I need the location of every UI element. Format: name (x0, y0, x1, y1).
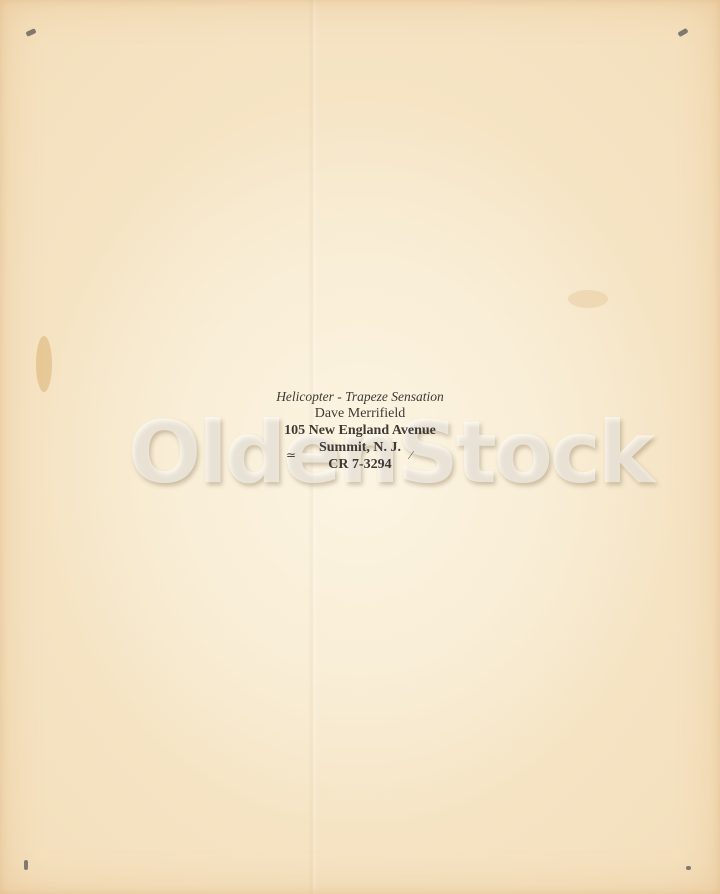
stamp-phone: CR 7-3294 (230, 456, 490, 473)
ink-flourish-left: ≃ (286, 448, 296, 463)
tack-mark-bottom-left (24, 860, 28, 870)
photo-back: OldenStock Helicopter - Trapeze Sensatio… (0, 0, 720, 894)
tack-mark-bottom-right (686, 866, 691, 870)
stamp-act-title: Helicopter - Trapeze Sensation (230, 388, 490, 405)
tack-mark-top-left (25, 28, 36, 37)
contact-stamp: Helicopter - Trapeze Sensation Dave Merr… (230, 388, 490, 473)
stamp-street-address: 105 New England Avenue (230, 422, 490, 439)
ink-flourish-right: ∕ (410, 448, 412, 463)
tack-mark-top-right (677, 28, 688, 37)
stain-right (568, 290, 608, 308)
stamp-city: Summit, N. J. (230, 439, 490, 456)
stain-left (36, 336, 52, 392)
stamp-performer-name: Dave Merrifield (230, 405, 490, 422)
